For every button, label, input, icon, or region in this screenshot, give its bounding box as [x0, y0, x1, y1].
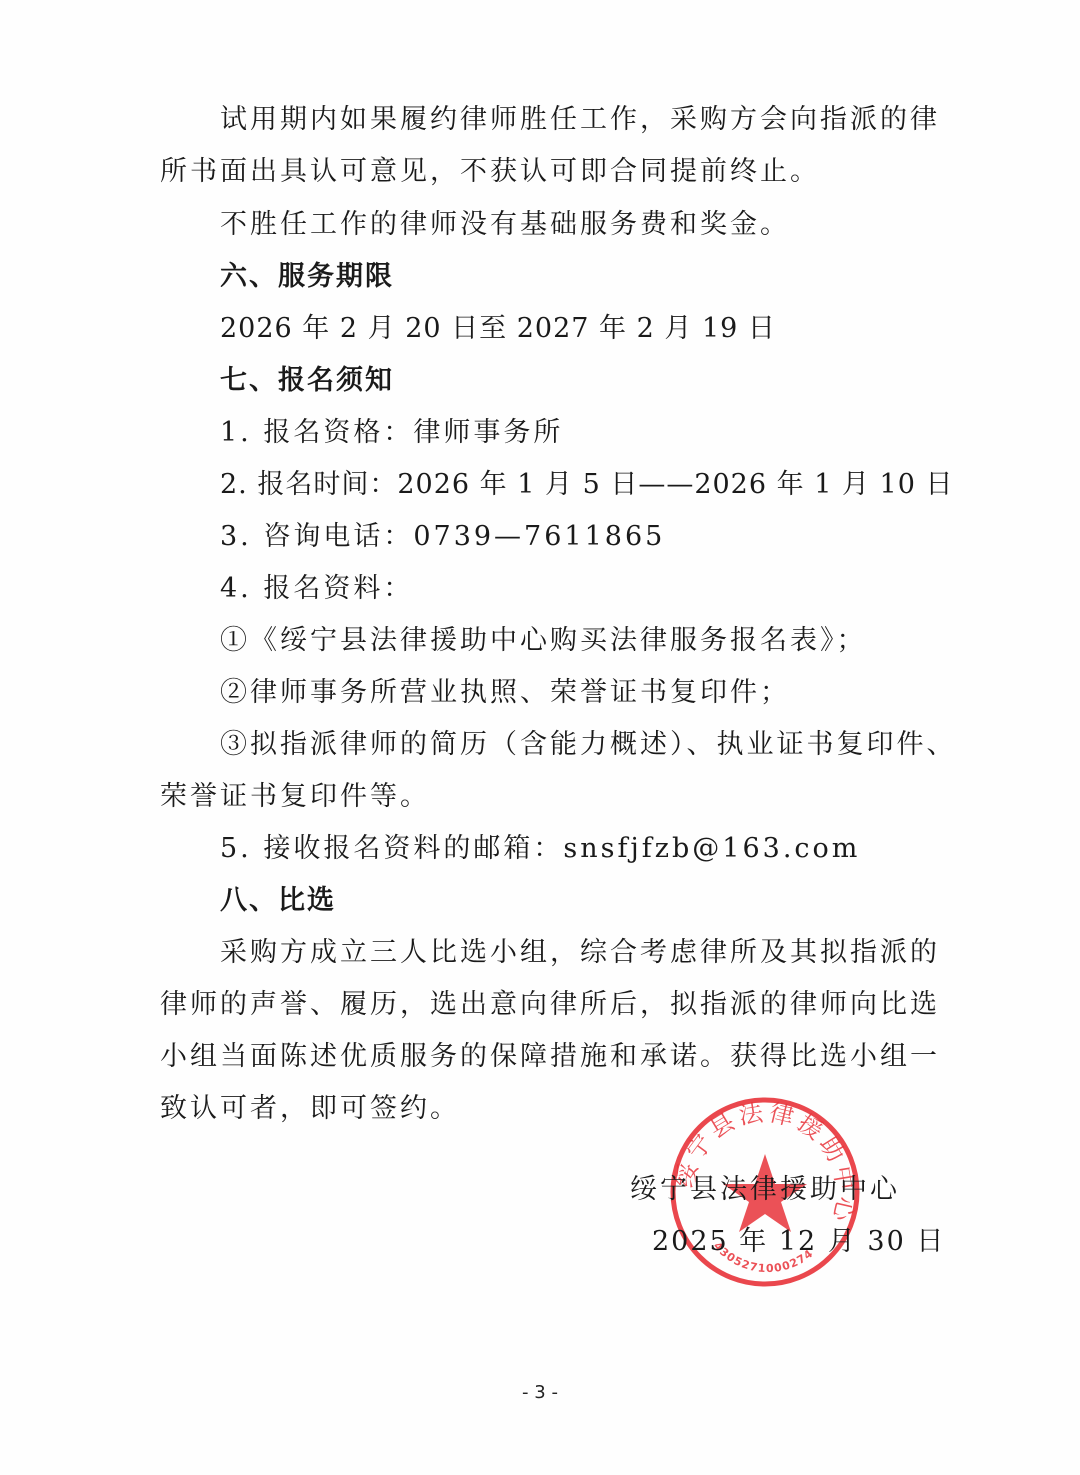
selection-line: 采购方成立三人比选小组，综合考虑律所及其拟指派的	[220, 933, 940, 973]
material-item: ③拟指派律师的简历（含能力概述）、执业证书复印件、	[220, 725, 957, 765]
email-item: 5. 接收报名资料的邮箱：snsfjfzb@163.com	[220, 829, 860, 869]
material-item: 荣誉证书复印件等。	[160, 777, 430, 817]
page-number: - 3 -	[0, 1382, 1080, 1403]
paragraph-line: 不胜任工作的律师没有基础服务费和奖金。	[220, 205, 790, 245]
registration-item: 2. 报名时间：2026 年 1 月 5 日——2026 年 1 月 10 日	[220, 465, 954, 505]
paragraph-line: 所书面出具认可意见，不获认可即合同提前终止。	[160, 152, 820, 192]
section-heading-service-period: 六、服务期限	[220, 257, 394, 297]
registration-item: 3. 咨询电话：0739—7611865	[220, 517, 665, 557]
selection-line: 律师的声誉、履历，选出意向律所后，拟指派的律师向比选	[160, 985, 940, 1025]
section-heading-selection: 八、比选	[220, 881, 336, 921]
material-item: ②律师事务所营业执照、荣誉证书复印件；	[220, 673, 790, 713]
document-page: 试用期内如果履约律师胜任工作，采购方会向指派的律 所书面出具认可意见，不获认可即…	[0, 0, 1080, 1475]
registration-item: 4. 报名资料：	[220, 569, 413, 609]
signature-organization: 绥宁县法律援助中心	[630, 1170, 900, 1210]
material-item: ①《绥宁县法律援助中心购买法律服务报名表》；	[220, 621, 867, 661]
service-period-text: 2026 年 2 月 20 日至 2027 年 2 月 19 日	[220, 309, 776, 349]
section-heading-registration: 七、报名须知	[220, 361, 394, 401]
registration-item: 1. 报名资格：律师事务所	[220, 413, 563, 453]
selection-line: 小组当面陈述优质服务的保障措施和承诺。获得比选小组一	[160, 1037, 940, 1077]
paragraph-line: 试用期内如果履约律师胜任工作，采购方会向指派的律	[220, 100, 940, 140]
signature-date: 2025 年 12 月 30 日	[652, 1222, 945, 1262]
selection-line: 致认可者，即可签约。	[160, 1089, 460, 1129]
